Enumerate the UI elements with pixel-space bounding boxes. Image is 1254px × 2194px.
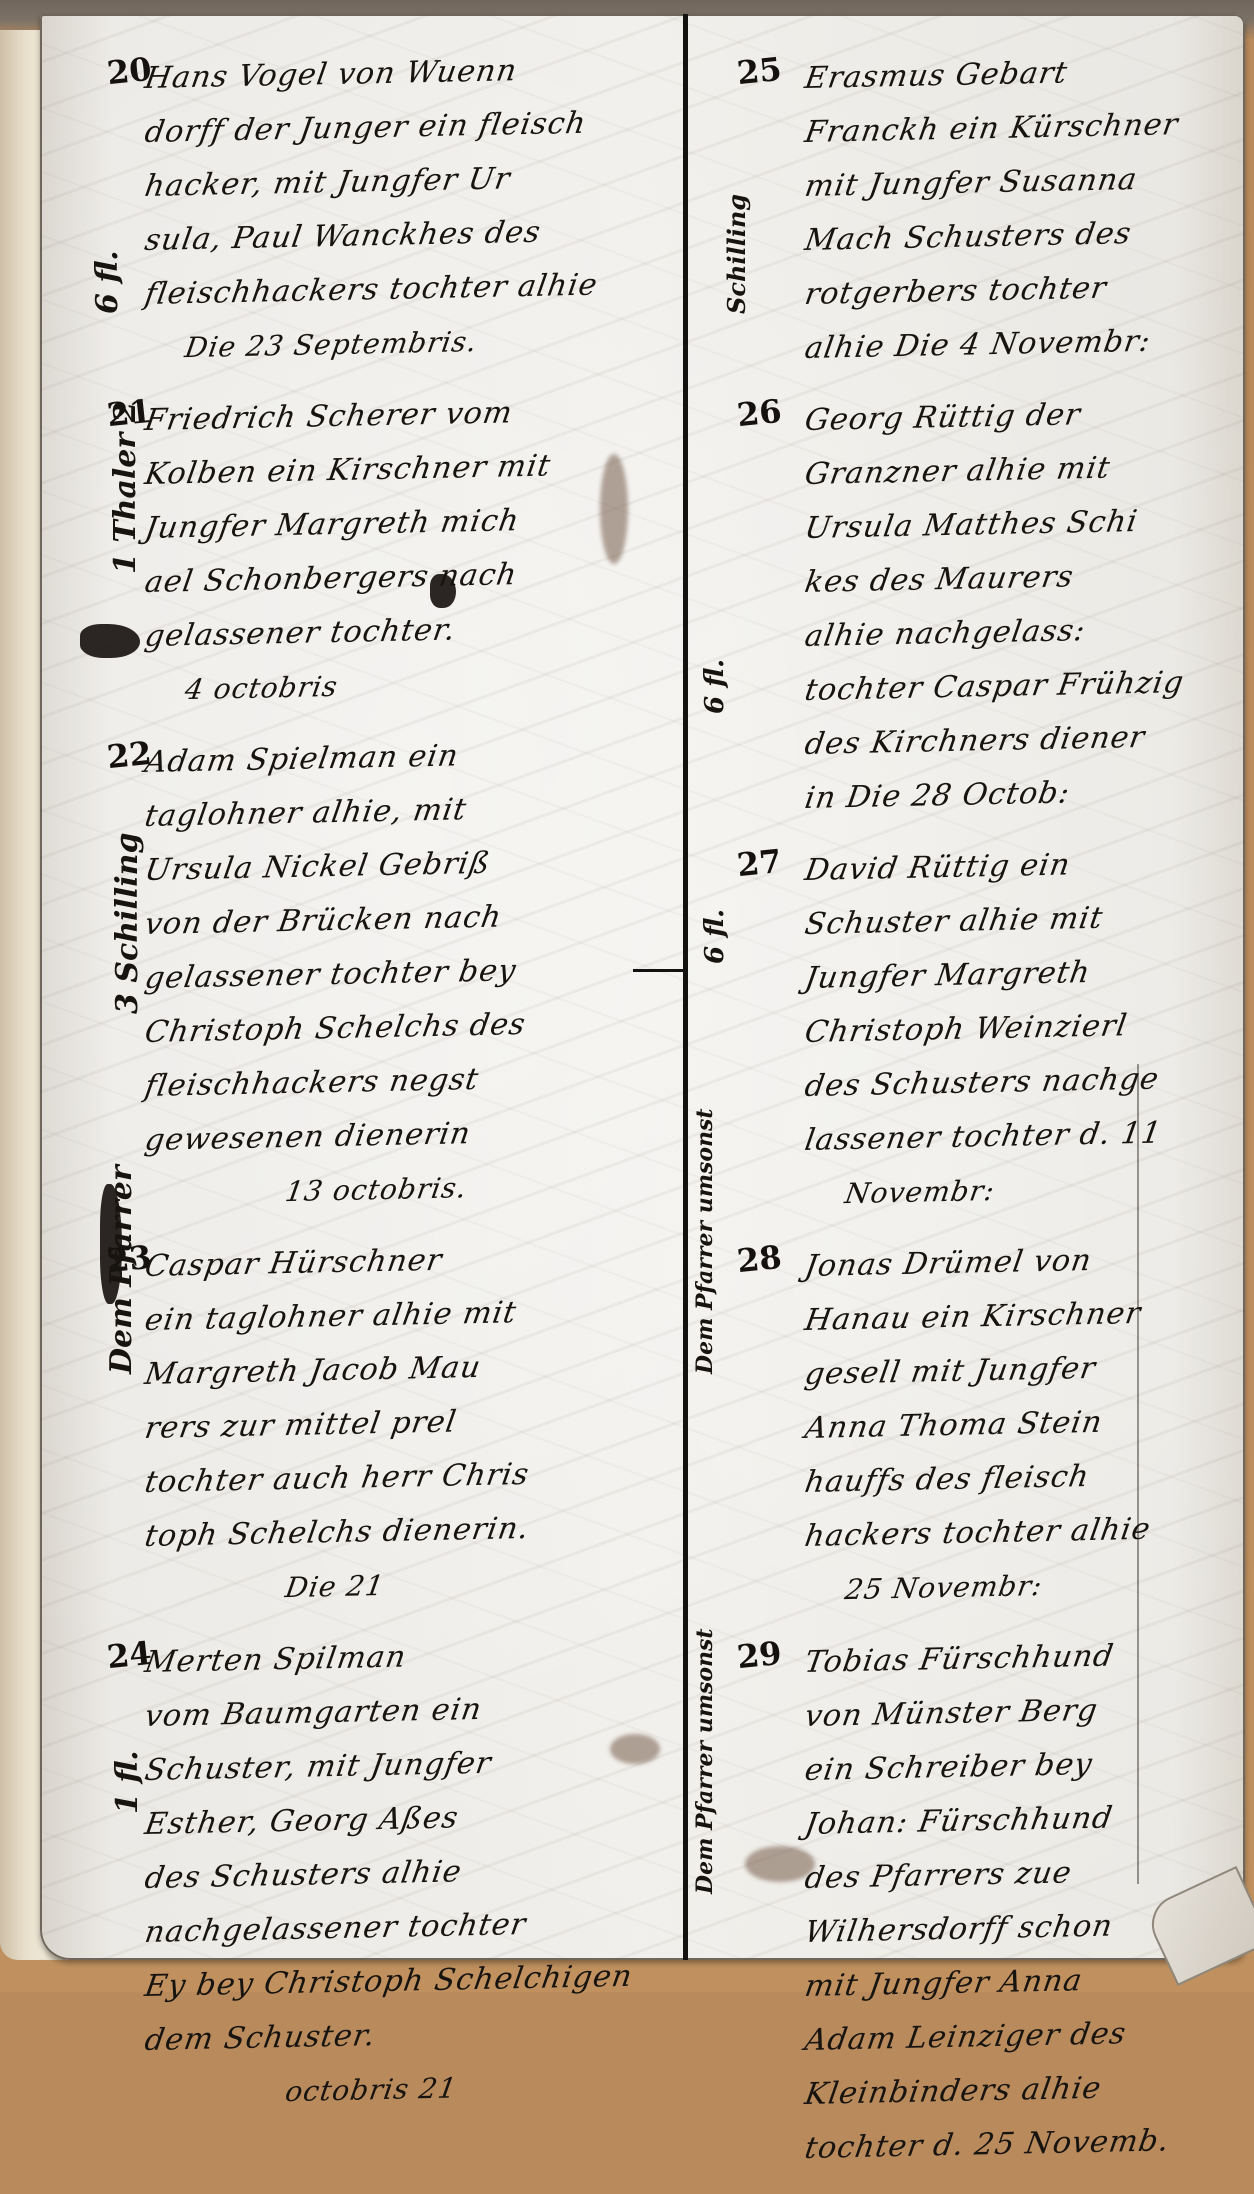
entry-number: 26 — [735, 392, 783, 434]
entry-line: Mach Schusters des — [801, 204, 1254, 268]
margin-fee-note: Dem Pfarrer umsonst — [692, 1108, 718, 1374]
entry-line: Jungfer Margreth — [801, 942, 1254, 1006]
entry-line: Granzner alhie mit — [801, 438, 1254, 502]
entry-line: des Schusters nachge — [801, 1050, 1254, 1114]
entry-line: Erasmus Gebart — [801, 42, 1254, 106]
entry-date: Die 21 — [141, 1553, 681, 1618]
entry-line: Wilhersdorff schon — [801, 1896, 1254, 1960]
entry-date: Die 23 Septembris. — [141, 311, 681, 376]
entry-line: rotgerbers tochter — [801, 258, 1254, 322]
entry-line: Tobias Fürschhund — [801, 1626, 1254, 1690]
entry-line: hauffs des fleisch — [801, 1446, 1254, 1510]
register-entry: 20 Hans Vogel von Wuenn dorff der Junger… — [145, 52, 675, 376]
margin-fee-note: Schilling — [722, 194, 751, 314]
entry-line: Johan: Fürschhund — [801, 1788, 1254, 1852]
entry-line: lassener tochter d. 11 — [801, 1104, 1254, 1168]
margin-fee-note: 6 fl. — [700, 659, 730, 714]
entry-date: 13 octobris. — [141, 1157, 681, 1222]
register-entry: 21 Friedrich Scherer vom Kolben ein Kirs… — [145, 394, 675, 718]
margin-fee-note: Dem Pfarrer — [104, 1165, 139, 1374]
register-entry: 28 Jonas Drümel von Hanau ein Kirschner … — [745, 1240, 1254, 1618]
entry-number: 28 — [735, 1238, 783, 1280]
entry-line: in Die 28 Octob: — [801, 762, 1254, 826]
entry-line: Ursula Matthes Schi — [801, 492, 1254, 556]
entry-number: 25 — [735, 50, 783, 92]
entry-line: des Kirchners diener — [801, 708, 1254, 772]
entry-line: Jonas Drümel von — [801, 1230, 1254, 1294]
left-column: 20 Hans Vogel von Wuenn dorff der Junger… — [145, 52, 675, 1992]
register-entry: 29 Tobias Fürschhund von Münster Berg ei… — [745, 1636, 1254, 1992]
register-entry: 24 Merten Spilman vom Baumgarten ein Sch… — [145, 1636, 675, 1992]
register-entry: 26 Georg Rüttig der Granzner alhie mit U… — [745, 394, 1254, 826]
register-page: 20 Hans Vogel von Wuenn dorff der Junger… — [40, 14, 1245, 1960]
entry-line: Anna Thoma Stein — [801, 1392, 1254, 1456]
margin-fee-note: 6 fl. — [90, 250, 125, 314]
entry-line: Schuster alhie mit — [801, 888, 1254, 952]
entry-line: ein Schreiber bey — [801, 1734, 1254, 1798]
right-column: 25 Erasmus Gebart Franckh ein Kürschner … — [745, 52, 1254, 1992]
entry-number: 29 — [735, 1634, 783, 1676]
entry-line: David Rüttig ein — [801, 834, 1254, 898]
entry-line: des Pfarrers zue — [801, 1842, 1254, 1906]
entry-line: Christoph Weinzierl — [801, 996, 1254, 1060]
margin-fee-note: 1 fl. — [110, 1750, 145, 1814]
entry-line: mit Jungfer Susanna — [801, 150, 1254, 214]
ink-blot — [80, 624, 140, 658]
entry-line: tochter Caspar Frühzig — [801, 654, 1254, 718]
margin-fee-note: 1 Thaler 2 — [108, 402, 143, 575]
margin-fee-note: Dem Pfarrer umsonst — [692, 1628, 718, 1894]
entry-line: kes des Maurers — [801, 546, 1254, 610]
entry-number: 27 — [735, 842, 783, 884]
entry-date: Novembr: — [801, 1158, 1254, 1222]
entry-date: 25 Novembr: — [801, 1554, 1254, 1618]
entry-line: hackers tochter alhie — [801, 1500, 1254, 1564]
register-entry: 22 Adam Spielman ein taglohner alhie, mi… — [145, 736, 675, 1222]
entry-line: Georg Rüttig der — [801, 384, 1254, 448]
register-entry: 27 David Rüttig ein Schuster alhie mit J… — [745, 844, 1254, 1222]
margin-fee-note: 3 Schilling — [110, 833, 145, 1014]
entry-line: von Münster Berg — [801, 1680, 1254, 1744]
entry-line: Franckh ein Kürschner — [801, 96, 1254, 160]
entry-line: alhie nachgelass: — [801, 600, 1254, 664]
register-entry: 23 Caspar Hürschner ein taglohner alhie … — [145, 1240, 675, 1618]
entry-date: 4 octobris — [141, 653, 681, 718]
entry-line: Hanau ein Kirschner — [801, 1284, 1254, 1348]
column-divider-line — [683, 14, 688, 1960]
register-entry: 25 Erasmus Gebart Franckh ein Kürschner … — [745, 52, 1254, 376]
entry-line: alhie Die 4 Novembr: — [801, 312, 1254, 376]
entry-line: gesell mit Jungfer — [801, 1338, 1254, 1402]
margin-fee-note: 6 fl. — [700, 909, 730, 964]
